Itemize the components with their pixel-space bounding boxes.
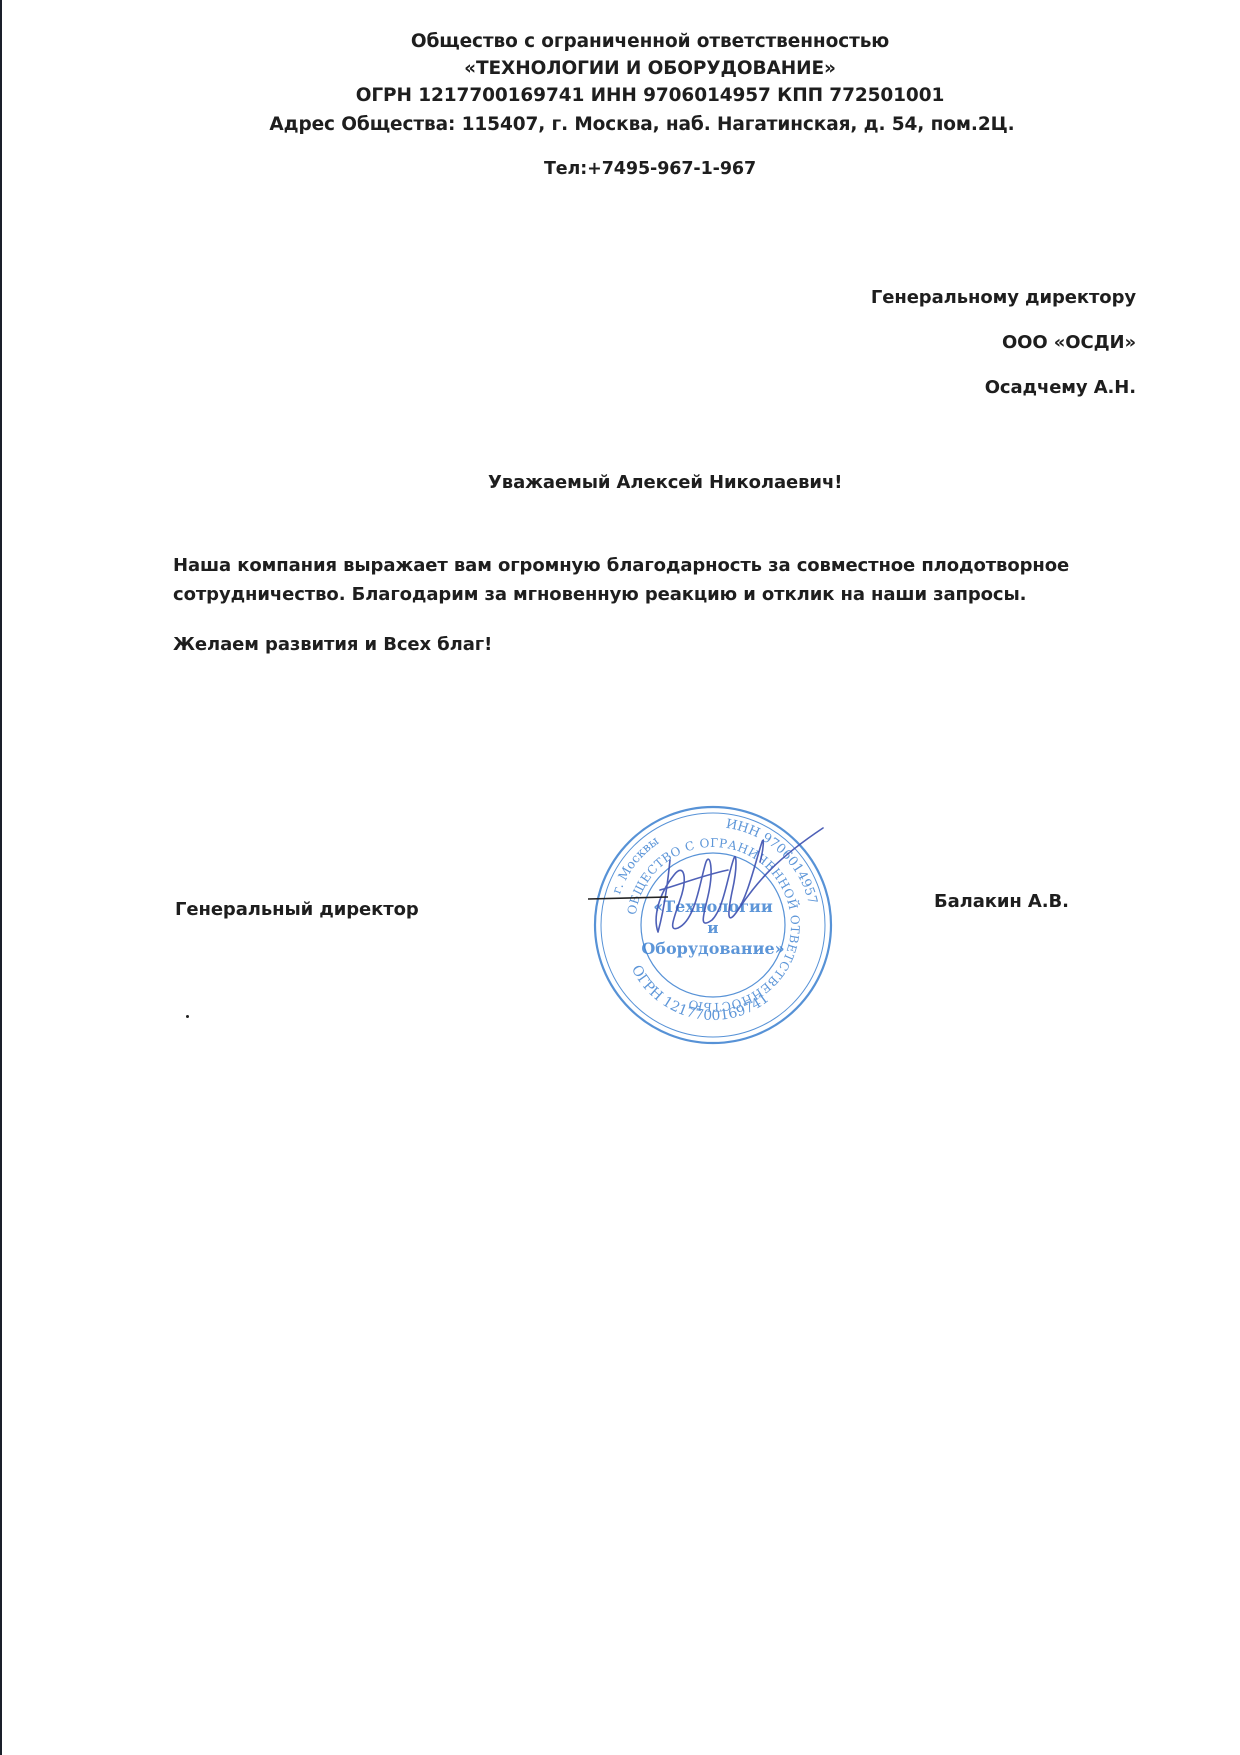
company-address: Адрес Общества: 115407, г. Москва, наб. …	[0, 114, 1240, 135]
body-line-1: Наша компания выражает вам огромную благ…	[173, 555, 1069, 576]
stamp-center-line-1: «Технологии	[653, 897, 773, 916]
addressee-position: Генеральному директору	[871, 287, 1136, 308]
scan-edge	[0, 0, 2, 1755]
company-seal-stamp: ИНН 9706014957 г. Москвы ОБЩЕСТВО С ОГРА…	[588, 800, 838, 1050]
closing-line: Желаем развития и Всех благ!	[173, 634, 492, 655]
signatory-position: Генеральный директор	[175, 899, 419, 920]
company-registration: ОГРН 1217700169741 ИНН 9706014957 КПП 77…	[0, 85, 1240, 106]
salutation: Уважаемый Алексей Николаевич!	[488, 472, 842, 493]
stamp-center-line-3: Оборудование»	[641, 939, 784, 958]
addressee-name: Осадчему А.Н.	[985, 377, 1136, 398]
company-name: «ТЕХНОЛОГИИ И ОБОРУДОВАНИЕ»	[0, 58, 1240, 79]
stray-dot	[186, 1015, 189, 1018]
signatory-name: Балакин А.В.	[934, 891, 1069, 912]
body-line-2: сотрудничество. Благодарим за мгновенную…	[173, 584, 1026, 605]
company-form: Общество с ограниченной ответственностью	[0, 31, 1240, 52]
addressee-organization: ООО «ОСДИ»	[1002, 332, 1136, 353]
company-phone: Тел:+7495-967-1-967	[0, 159, 1240, 179]
